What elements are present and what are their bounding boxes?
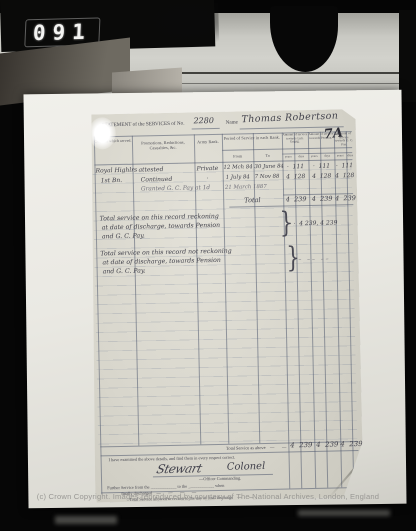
- sub-header-years-3: years: [334, 154, 346, 158]
- row2-val3: 4 128: [335, 172, 355, 179]
- row3-date: 21 March 1887: [225, 184, 267, 191]
- col-header-to: To: [253, 154, 282, 159]
- row1-val3: · 111: [334, 162, 354, 169]
- total-label: Total: [244, 196, 260, 204]
- row2-to: 7 Nov 88: [255, 174, 280, 181]
- footer-total-val2: 4 239: [314, 440, 340, 449]
- row1-from: 12 Mch 84: [223, 164, 252, 171]
- row1-corps: Royal Highlrs: [95, 167, 137, 175]
- service-number-underline: [192, 128, 220, 130]
- row1-event: attested: [138, 166, 163, 174]
- commanding-officer-signature: Stewart: [155, 461, 203, 476]
- film-edge-right: [399, 10, 416, 102]
- housing-shadow: [138, 2, 219, 50]
- total-val2: 4 239: [309, 194, 335, 203]
- row2-event: Continued: [141, 176, 173, 184]
- note2-values: – – – – – –: [293, 256, 328, 264]
- footer-total-val1: 4 239: [288, 441, 314, 450]
- sub-header-years-2: years: [308, 155, 320, 159]
- row1-val2: · 111: [308, 162, 334, 170]
- sub-header-years-1: years: [282, 155, 294, 159]
- microfilm-scan-viewport: 091 STATEMENT of the SERVICES of No. 228…: [0, 0, 416, 531]
- col-header-service-gcpay: Amount of service towards G. C. Pay.: [334, 132, 354, 147]
- total-val1: 4 239: [283, 195, 309, 204]
- film-smudge-right: [298, 510, 390, 516]
- col-header-service-pension: Amount of service towards Pension.: [308, 132, 334, 140]
- signature-rank: Colonel: [227, 461, 266, 473]
- note1-values: · · 4 239, 4 239: [290, 219, 338, 227]
- name-label: Name: [226, 120, 239, 126]
- row1-val1: · 111: [282, 163, 308, 171]
- paper-blemish: [88, 117, 116, 150]
- row1-rank: Private: [196, 165, 218, 172]
- row2-from: 1 July 84: [226, 174, 250, 181]
- col-header-promotions: Promotions, Reductions, Casualties, &c.: [132, 140, 194, 151]
- col-header-service-engagement: Amount of service towards Lim. Engag.: [282, 133, 308, 144]
- sub-header-days-2: days: [320, 154, 334, 158]
- row2-corps: 1st Bn.: [101, 177, 123, 184]
- col-header-rank: Army Rank.: [194, 140, 222, 145]
- note2-line3: and G. C. Pay.: [103, 267, 146, 275]
- row2-val2: 4 128: [309, 172, 335, 180]
- row2-val1: 4 128: [283, 173, 309, 181]
- total-val3: 4 239: [335, 194, 355, 202]
- row1-to: 30 June 84: [254, 164, 284, 171]
- officer-commanding-label: —Officer Commanding.: [199, 476, 241, 482]
- col-header-from: From: [222, 154, 253, 159]
- sub-header-days-1: days: [294, 155, 308, 159]
- grid-hline: [222, 147, 352, 151]
- soldier-name: Thomas Robertson: [241, 111, 338, 126]
- note1-line3: and G. C. Pay.: [102, 232, 145, 240]
- sub-header-days-3: days: [346, 154, 354, 158]
- service-record-form: STATEMENT of the SERVICES of No. 2280 Na…: [87, 109, 363, 503]
- footer-total-val3: 4 239: [340, 440, 360, 448]
- film-smudge-left: [55, 516, 117, 524]
- row2-rank: ·: [207, 175, 209, 182]
- total-service-label: Total Service as above — —: [180, 445, 286, 452]
- service-number: 2280: [193, 116, 214, 125]
- crown-copyright-watermark: (c) Crown Copyright. Images reproduced b…: [0, 492, 416, 501]
- col-header-period: Period of Service in each Rank.: [222, 136, 282, 142]
